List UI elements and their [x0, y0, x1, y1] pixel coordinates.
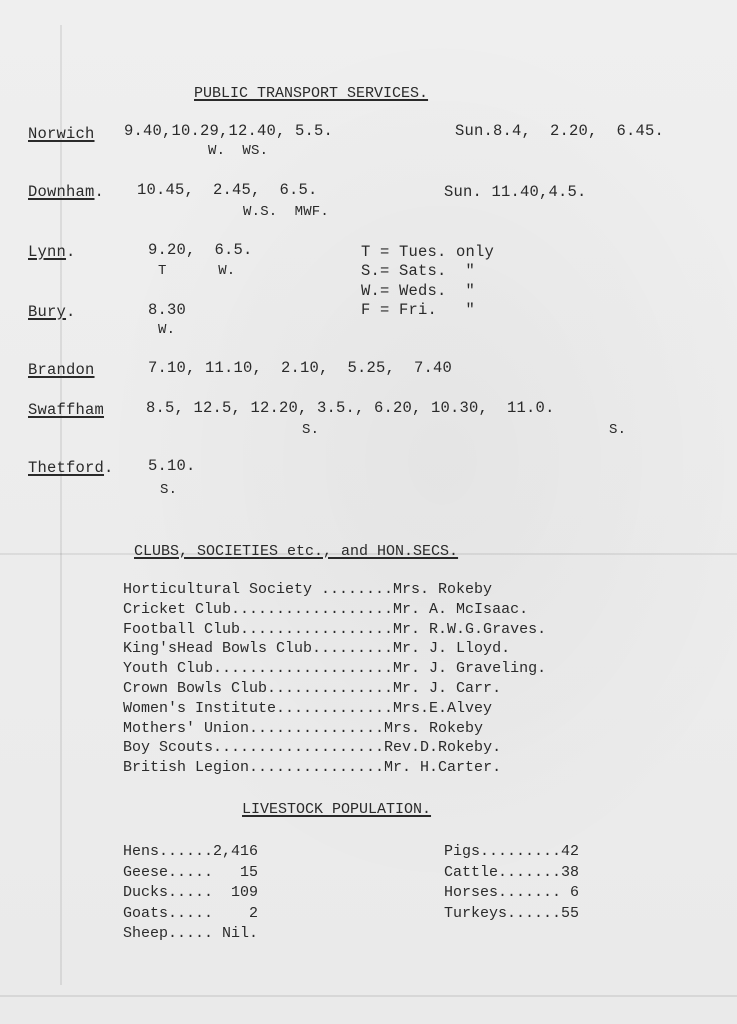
- key-tues: T = Tues. only: [361, 243, 494, 261]
- club-secretary: Mr. J. Graveling.: [393, 660, 546, 677]
- club-row: Cricket Club..................Mr. A. McI…: [123, 600, 528, 619]
- club-name: Cricket Club..................: [123, 601, 393, 618]
- livestock-row: Sheep..... Nil.: [123, 924, 258, 943]
- livestock-row: Cattle.......38: [444, 863, 579, 882]
- route-place-downham: Downham: [28, 183, 95, 201]
- route-times-norwich: 9.40,10.29,12.40, 5.5.: [124, 122, 333, 140]
- livestock-label: Turkeys......: [444, 905, 561, 922]
- livestock-count: Nil.: [213, 925, 258, 942]
- key-sats: S.= Sats. ": [361, 262, 475, 280]
- club-secretary: Mrs. Rokeby: [384, 720, 483, 737]
- livestock-row: Turkeys......55: [444, 904, 579, 923]
- club-secretary: Mrs. Rokeby: [393, 581, 492, 598]
- route-place-swaffham: Swaffham: [28, 401, 104, 419]
- livestock-row: Pigs.........42: [444, 842, 579, 861]
- livestock-row: Geese..... 15: [123, 863, 258, 882]
- club-row: Football Club.................Mr. R.W.G.…: [123, 620, 546, 639]
- club-secretary: Mrs.E.Alvey: [393, 700, 492, 717]
- club-secretary: Mr. J. Lloyd.: [393, 640, 510, 657]
- livestock-label: Hens......: [123, 843, 213, 860]
- livestock-count: 2,416: [213, 843, 258, 860]
- key-weds: W.= Weds. ": [361, 282, 475, 300]
- livestock-row: Hens......2,416: [123, 842, 258, 861]
- key-fri: F = Fri. ": [361, 301, 475, 319]
- route-sunday-downham: Sun. 11.40,4.5.: [444, 183, 587, 201]
- transport-title: PUBLIC TRANSPORT SERVICES.: [194, 85, 428, 102]
- livestock-count: 55: [561, 905, 579, 922]
- clubs-title: CLUBS, SOCIETIES etc., and HON.SECS.: [134, 543, 458, 560]
- club-name: Boy Scouts...................: [123, 739, 384, 756]
- livestock-title: LIVESTOCK POPULATION.: [242, 801, 431, 818]
- route-notes-bury: W.: [158, 321, 175, 339]
- livestock-label: Ducks.....: [123, 884, 213, 901]
- club-row: Crown Bowls Club..............Mr. J. Car…: [123, 679, 501, 698]
- route-lynn: Lynn.: [28, 243, 76, 261]
- livestock-count: 2: [213, 905, 258, 922]
- livestock-row: Goats..... 2: [123, 904, 258, 923]
- route-sunday-norwich: Sun.8.4, 2.20, 6.45.: [455, 122, 664, 140]
- route-notes-downham: W.S. MWF.: [243, 203, 329, 221]
- club-row: Youth Club....................Mr. J. Gra…: [123, 659, 546, 678]
- route-thetford: Thetford.: [28, 459, 114, 477]
- livestock-label: Goats.....: [123, 905, 213, 922]
- route-place-bury: Bury: [28, 303, 66, 321]
- club-name: Women's Institute.............: [123, 700, 393, 717]
- club-name: Horticultural Society ........: [123, 581, 393, 598]
- route-notes-swaffham-2: S.: [609, 421, 626, 439]
- livestock-label: Sheep.....: [123, 925, 213, 942]
- livestock-count: 42: [561, 843, 579, 860]
- club-row: Women's Institute.............Mrs.E.Alve…: [123, 699, 492, 718]
- club-secretary: Rev.D.Rokeby.: [384, 739, 501, 756]
- livestock-label: Pigs.........: [444, 843, 561, 860]
- route-times-brandon: 7.10, 11.10, 2.10, 5.25, 7.40: [148, 359, 452, 377]
- route-place-brandon: Brandon: [28, 361, 95, 379]
- club-row: King'sHead Bowls Club.........Mr. J. Llo…: [123, 639, 510, 658]
- route-bury: Bury.: [28, 303, 76, 321]
- club-name: Crown Bowls Club..............: [123, 680, 393, 697]
- club-name: Youth Club....................: [123, 660, 393, 677]
- scanned-page: PUBLIC TRANSPORT SERVICES. Norwich 9.40,…: [0, 0, 737, 1024]
- club-row: Horticultural Society ........Mrs. Rokeb…: [123, 580, 492, 599]
- livestock-label: Horses.......: [444, 884, 570, 901]
- livestock-count: 109: [213, 884, 258, 901]
- route-place-thetford: Thetford: [28, 459, 104, 477]
- club-row: Boy Scouts...................Rev.D.Rokeb…: [123, 738, 501, 757]
- livestock-count: 6: [570, 884, 579, 901]
- club-row: British Legion...............Mr. H.Carte…: [123, 758, 501, 777]
- route-notes-swaffham-1: S.: [302, 421, 319, 439]
- route-notes-norwich: W. WS.: [208, 142, 268, 160]
- paper-crease-bottom: [0, 995, 737, 997]
- route-place-norwich: Norwich: [28, 125, 95, 143]
- club-name: British Legion...............: [123, 759, 384, 776]
- livestock-count: 15: [213, 864, 258, 881]
- livestock-row: Horses....... 6: [444, 883, 579, 902]
- livestock-label: Geese.....: [123, 864, 213, 881]
- route-times-downham: 10.45, 2.45, 6.5.: [137, 181, 318, 199]
- club-name: King'sHead Bowls Club.........: [123, 640, 393, 657]
- livestock-row: Ducks..... 109: [123, 883, 258, 902]
- route-times-swaffham: 8.5, 12.5, 12.20, 3.5., 6.20, 10.30, 11.…: [146, 399, 555, 417]
- route-times-bury: 8.30: [148, 301, 186, 319]
- route-place-lynn: Lynn: [28, 243, 66, 261]
- club-name: Football Club.................: [123, 621, 393, 638]
- livestock-label: Cattle.......: [444, 864, 561, 881]
- route-notes-thetford: S.: [160, 481, 177, 499]
- club-secretary: Mr. H.Carter.: [384, 759, 501, 776]
- route-times-thetford: 5.10.: [148, 457, 196, 475]
- livestock-count: 38: [561, 864, 579, 881]
- club-row: Mothers' Union...............Mrs. Rokeby: [123, 719, 483, 738]
- route-times-lynn: 9.20, 6.5.: [148, 241, 253, 259]
- club-secretary: Mr. A. McIsaac.: [393, 601, 528, 618]
- route-notes-lynn: T W.: [158, 262, 235, 280]
- club-secretary: Mr. R.W.G.Graves.: [393, 621, 546, 638]
- club-name: Mothers' Union...............: [123, 720, 384, 737]
- club-secretary: Mr. J. Carr.: [393, 680, 501, 697]
- paper-crease-vertical: [60, 25, 62, 985]
- route-downham: Downham.: [28, 183, 104, 201]
